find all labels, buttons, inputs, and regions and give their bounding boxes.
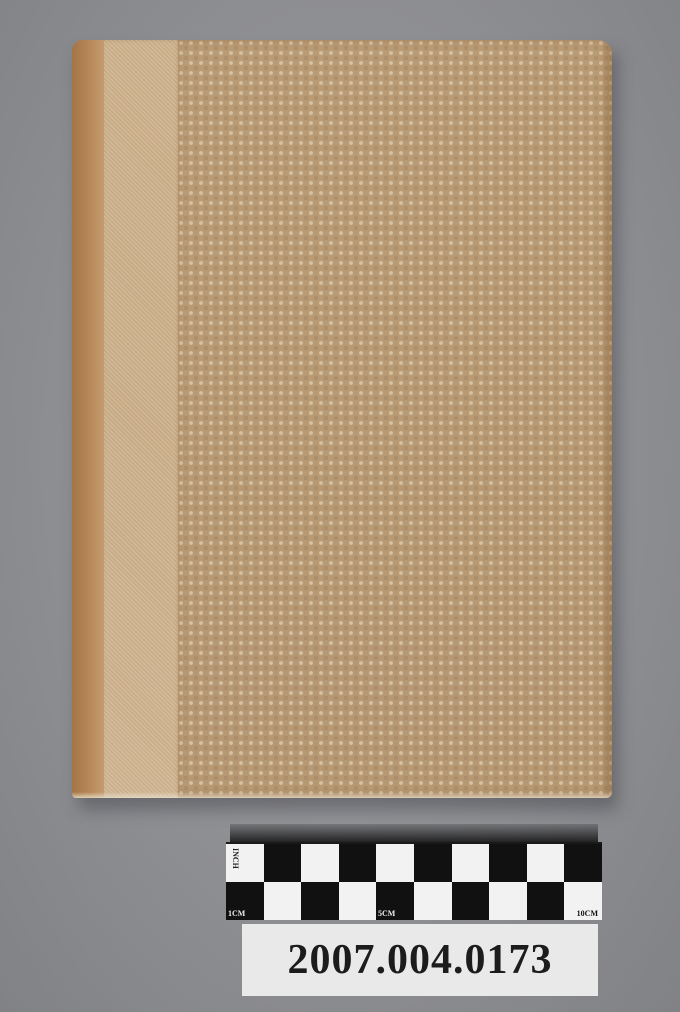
scale-cell	[264, 882, 302, 920]
scale-cell	[564, 844, 602, 882]
scale-cell	[339, 882, 377, 920]
book-spine-edge	[72, 40, 104, 798]
scale-cell	[264, 844, 302, 882]
scale-cell	[452, 882, 490, 920]
scale-checkerboard	[226, 844, 602, 920]
scale-cell	[301, 882, 339, 920]
scale-cell	[339, 844, 377, 882]
scale-cell	[489, 882, 527, 920]
scale-cell	[527, 882, 565, 920]
scale-cell	[489, 844, 527, 882]
book-bottom-edge	[72, 792, 612, 798]
scale-label-inch: INCH	[231, 848, 240, 869]
scale-label-10cm: 10CM	[577, 909, 598, 918]
scale-label-1cm: 1CM	[228, 909, 245, 918]
scale-cell	[414, 882, 452, 920]
scale-cell	[527, 844, 565, 882]
scale-bar: INCH 1CM 5CM 10CM	[226, 842, 602, 920]
scale-label-5cm: 5CM	[378, 909, 395, 918]
book-spine-cloth-strip	[104, 40, 180, 798]
scale-cell	[414, 844, 452, 882]
scale-cell	[301, 844, 339, 882]
scale-cell	[376, 844, 414, 882]
book	[72, 40, 612, 798]
book-front-cover	[178, 40, 612, 798]
accession-number-label: 2007.004.0173	[242, 924, 598, 996]
scale-cell	[452, 844, 490, 882]
